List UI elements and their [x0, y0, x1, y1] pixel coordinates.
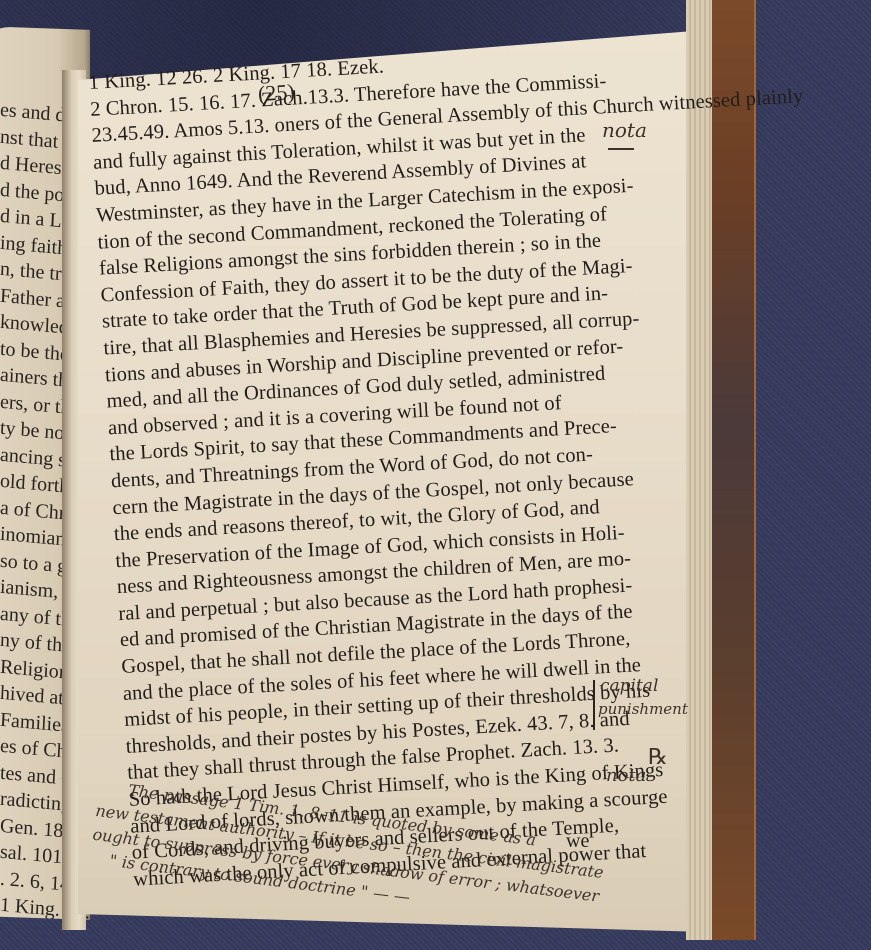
marginal-punishment: punishment	[598, 700, 688, 718]
margin-bracket	[593, 680, 595, 730]
marginal-nota-bottom: nota	[606, 765, 646, 786]
printed-text-block: 1 King. 12 26. 2 King. 17 18. Ezek. 2 Ch…	[88, 70, 598, 894]
marginal-nota-top: nota	[602, 118, 647, 142]
leather-cover-edge	[712, 0, 756, 940]
inserted-word-we: we	[566, 830, 589, 853]
marginal-capital: capital	[600, 676, 658, 696]
nota-underline	[608, 148, 634, 150]
marginal-symbol: ℞	[648, 745, 668, 770]
